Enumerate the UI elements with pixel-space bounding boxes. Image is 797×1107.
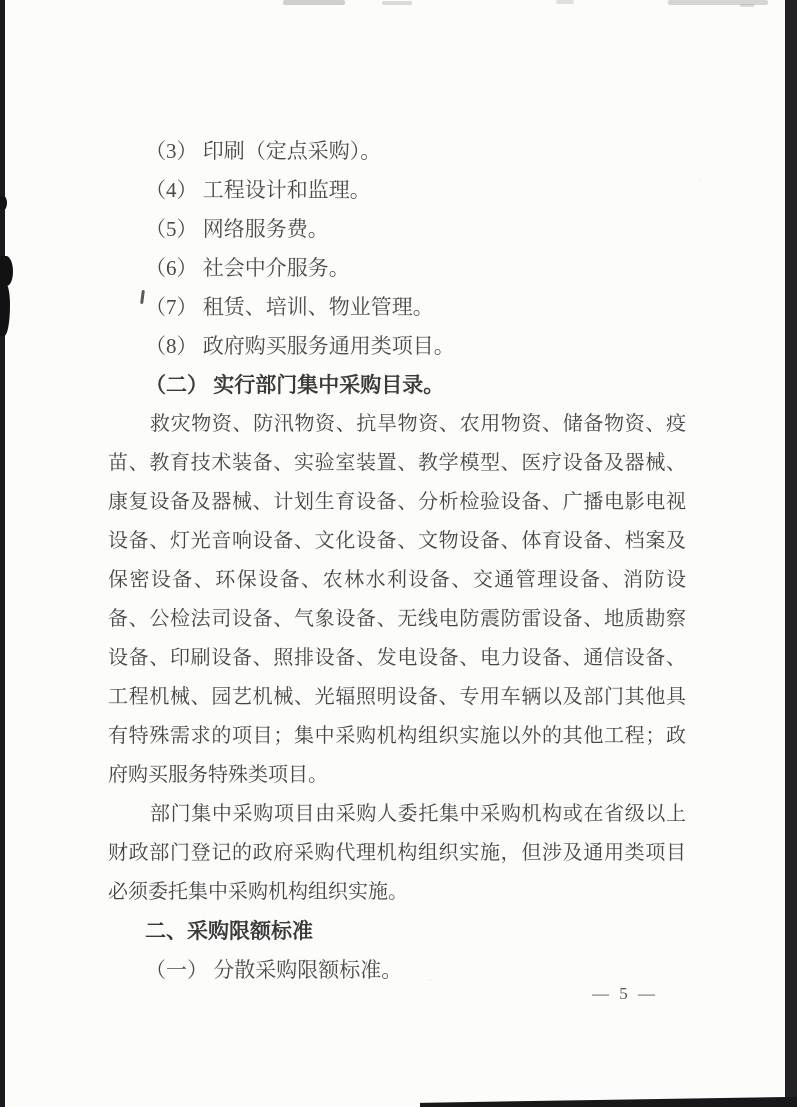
scan-smudge: [283, 0, 345, 5]
list-item-6: （6） 社会中介服务。: [108, 249, 686, 288]
scan-smudge: [740, 4, 754, 7]
ink-blob: [0, 284, 10, 336]
section-1-2-heading: （二） 实行部门集中采购目录。: [108, 366, 686, 405]
paragraph-line: 有特殊需求的项目；集中采购机构组织实施以外的其他工程；政: [108, 717, 686, 756]
document-page: （3） 印刷（定点采购）。 （4） 工程设计和监理。 （5） 网络服务费。 （6…: [0, 0, 797, 1107]
scan-edge-left: [0, 0, 5, 1107]
paragraph-line: 苗、教育技术装备、实验室装置、教学模型、医疗设备及器械、: [108, 444, 686, 483]
ink-blob: [0, 256, 13, 286]
paragraph-line: 必须委托集中采购机构组织实施。: [108, 873, 686, 912]
list-item-7: （7） 租赁、培训、物业管理。: [108, 288, 686, 327]
paragraph-line: 工程机械、园艺机械、光辐照明设备、专用车辆以及部门其他具: [108, 678, 686, 717]
list-item-4: （4） 工程设计和监理。: [108, 171, 686, 210]
scan-edge-bottom: [420, 1096, 797, 1107]
paragraph-line: 部门集中采购项目由采购人委托集中采购机构或在省级以上: [108, 795, 686, 834]
scan-edge-right: [785, 0, 797, 1107]
paragraph-line: 备、公检法司设备、气象设备、无线电防震防雷设备、地质勘察: [108, 600, 686, 639]
paragraph-line: 府购买服务特殊类项目。: [108, 756, 686, 795]
list-item-8: （8） 政府购买服务通用类项目。: [108, 327, 686, 366]
scan-smudge: [382, 1, 412, 5]
paragraph-line: 设备、印刷设备、照排设备、发电设备、电力设备、通信设备、: [108, 639, 686, 678]
paragraph-line: 保密设备、环保设备、农林水利设备、交通管理设备、消防设: [108, 561, 686, 600]
section-2-heading: 二、采购限额标准: [108, 912, 686, 951]
text-block: （3） 印刷（定点采购）。 （4） 工程设计和监理。 （5） 网络服务费。 （6…: [108, 132, 686, 990]
list-item-3: （3） 印刷（定点采购）。: [108, 132, 686, 171]
scan-smudge: [556, 0, 574, 4]
paragraph-line: 财政部门登记的政府采购代理机构组织实施，但涉及通用类项目: [108, 834, 686, 873]
list-item-5: （5） 网络服务费。: [108, 210, 686, 249]
ink-blob: [0, 196, 7, 210]
paragraph-line: 救灾物资、防汛物资、抗旱物资、农用物资、储备物资、疫: [108, 405, 686, 444]
page-number: — 5 —: [592, 984, 658, 1004]
paragraph-line: 康复设备及器械、计划生育设备、分析检验设备、广播电影电视: [108, 483, 686, 522]
paragraph-line: 设备、灯光音响设备、文化设备、文物设备、体育设备、档案及: [108, 522, 686, 561]
